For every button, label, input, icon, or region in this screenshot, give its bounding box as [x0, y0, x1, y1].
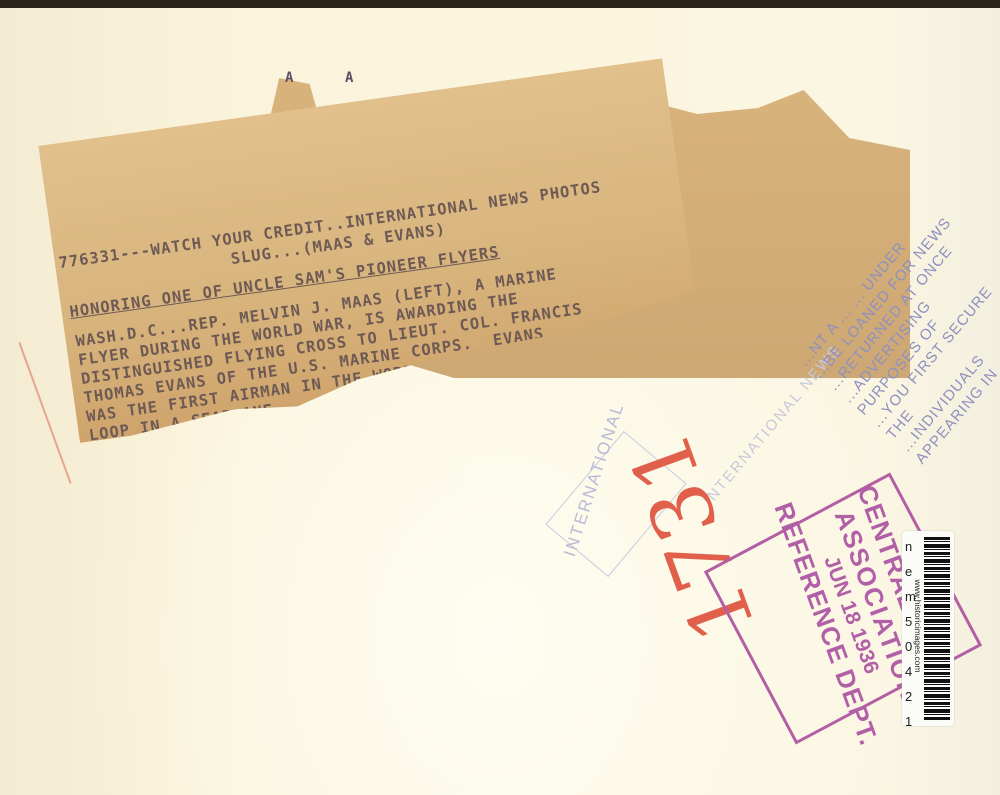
top-letter-a-1: A: [285, 70, 293, 86]
photo-back-sheet: A A ... 17-30, ✓ ✓ ✓ INTERNATIONAL NEWS …: [0, 8, 1000, 795]
barcode-url: www.historicimages.com: [913, 546, 923, 706]
barcode-bars: [924, 537, 950, 720]
top-letter-a-2: A: [345, 70, 353, 86]
caption-credit-line: 776331---WATCH YOUR CREDIT..INTERNATIONA…: [58, 178, 603, 272]
barcode-char: 1: [905, 714, 919, 729]
barcode-label: n e m 5 0 4 2 1 www.historicimages.com: [902, 531, 954, 726]
